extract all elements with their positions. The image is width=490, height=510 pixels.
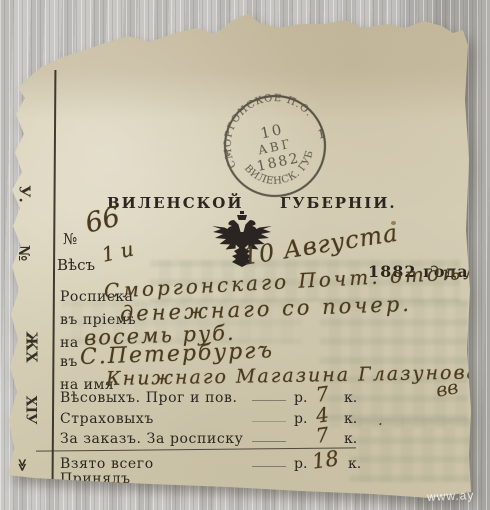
- fee-label: Вѣсовыхъ. Прог и пов.: [60, 390, 238, 406]
- fee-dash: [252, 441, 286, 442]
- fee-amount-handwritten: 7: [314, 422, 330, 448]
- rub-label: р.: [294, 390, 307, 406]
- header-gubernia: ГУБЕРНІИ.: [280, 194, 397, 212]
- fee-row: Вѣсовыхъ. Прог и пов. р. 7 к. вв: [0, 390, 490, 412]
- photo-watermark: www.ay: [427, 488, 475, 504]
- receipt-paper: У. № ЖХ ХІУ ≫ СМОРГОНСКОЕ П.О. ВИЛЕНСК. …: [0, 0, 490, 510]
- margin-stub-glyph: У.: [16, 185, 34, 202]
- fee-dash: [252, 466, 286, 467]
- margin-stub-glyph: ЖХ: [23, 331, 41, 362]
- fee-dash: [252, 421, 286, 422]
- weight-value-handwritten: 1 и: [100, 237, 136, 267]
- postmark-stamp-icon: СМОРГОНСКОЕ П.О. ВИЛЕНСК. ГУБ. 10 АВГ 18…: [213, 84, 337, 208]
- ink-blot: [391, 221, 396, 225]
- fee-row: Страховыхъ р. 4 к. .: [0, 411, 490, 433]
- fee-flourish: вв: [434, 376, 460, 402]
- kop-label: к.: [344, 411, 357, 427]
- kop-label: к.: [344, 390, 357, 406]
- photo-background: У. № ЖХ ХІУ ≫ СМОРГОНСКОЕ П.О. ВИЛЕНСК. …: [0, 0, 490, 510]
- fee-dash: [252, 400, 286, 401]
- number-label: №: [63, 230, 77, 248]
- kop-label: к.: [344, 431, 357, 447]
- rub-label: р.: [294, 456, 307, 472]
- fee-label: Страховыхъ: [60, 411, 154, 427]
- kop-label: к.: [348, 456, 361, 472]
- line-label-na: на: [60, 335, 79, 351]
- fee-flourish: .: [378, 411, 383, 429]
- fee-label: Взято всего: [60, 456, 154, 472]
- fee-row-signature: Принялъ: [0, 471, 490, 493]
- fee-label: За заказъ. За росписку: [60, 431, 243, 447]
- svg-text:1: 1: [316, 126, 326, 141]
- fee-amount-handwritten: 18: [310, 446, 340, 473]
- margin-stub-glyph: №: [15, 245, 33, 261]
- weight-label: Вѣсъ: [57, 256, 95, 274]
- line-label-v: въ: [60, 354, 78, 370]
- rub-label: р.: [294, 411, 307, 427]
- fee-label: Принялъ: [60, 471, 131, 487]
- number-value-handwritten: 66: [82, 201, 123, 239]
